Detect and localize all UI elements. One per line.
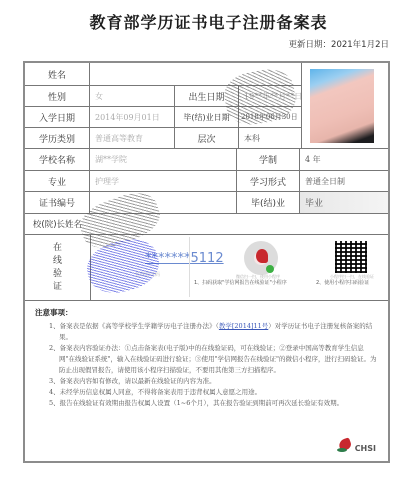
wechat-icon — [266, 265, 274, 273]
registration-table: 姓名 性别 女 出生日期 19**年**月**日 入学日期 2014年09月01… — [23, 61, 390, 463]
major-label: 专业 — [25, 171, 90, 192]
level-value: 本科 — [239, 128, 302, 149]
chsi-logo-text: CHSI — [355, 444, 376, 453]
chsi-logo: CHSI — [337, 439, 376, 453]
regulation-link[interactable]: 教学[2014]11号 — [219, 322, 268, 330]
edu-type-value: 普通高等教育 — [90, 128, 175, 149]
online-verify-row: 在 线 验 证 *******5112 在线验证码 微信扫一扫，使用小程序 小程… — [25, 235, 388, 301]
verify-char: 在 — [53, 242, 62, 255]
note-item: 4、未经学历信息权属人同意，不得将备案表用于违背权属人意愿之用途。 — [37, 387, 378, 398]
notes-section: 注意事项： 1、备案表是依据《高等学校学生学籍学历电子注册办法》（教学[2014… — [25, 301, 388, 415]
student-photo — [310, 69, 374, 143]
duration-value: 4 年 — [300, 149, 388, 171]
note-item: 3、备案表内容如有修改，请以最新在线验证的内容为准。 — [37, 376, 378, 387]
qr-code-area: 微信扫一扫，使用小程序 小程序扫一扫，在线验证 1、扫码获取"学信网报告在线验证… — [189, 237, 388, 297]
verify-qr-code-icon[interactable] — [335, 241, 367, 273]
qr1-caption: 1、扫码获取"学信网报告在线验证"小程序 — [194, 279, 287, 286]
verify-char: 验 — [53, 268, 62, 281]
note-text: 1、备案表是依据《高等学校学生学籍学历电子注册办法》（ — [49, 322, 219, 330]
edu-type-label: 学历类别 — [25, 128, 90, 149]
school-label: 学校名称 — [25, 149, 90, 171]
completion-label: 毕(结)业 — [237, 192, 300, 214]
study-form-value: 普通全日制 — [300, 171, 388, 192]
duration-label: 学制 — [237, 149, 300, 171]
enroll-date-value: 2014年09月01日 — [90, 107, 175, 128]
note-item: 1、备案表是依据《高等学校学生学籍学历电子注册办法》（教学[2014]11号）对… — [37, 321, 378, 343]
verify-char: 线 — [53, 255, 62, 268]
level-label: 层次 — [175, 128, 239, 149]
gender-label: 性别 — [25, 86, 90, 107]
notes-title: 注意事项： — [35, 307, 378, 318]
gender-value: 女 — [90, 86, 175, 107]
major-value: 护理学 — [90, 171, 237, 192]
photo-cell — [302, 63, 388, 149]
update-date: 更新日期：2021年1月2日 — [289, 38, 389, 50]
qr2-caption: 2、使用小程序扫码验证 — [316, 279, 369, 286]
document-title: 教育部学历证书电子注册备案表 — [0, 10, 417, 33]
note-item: 5、报告在线验证有效期由报告权属人设置（1~6个月），其在报告验证到期前可再次延… — [37, 398, 378, 409]
name-label: 姓名 — [25, 63, 90, 86]
completion-value: 毕业 — [300, 192, 388, 214]
cert-no-label: 证书编号 — [25, 192, 90, 214]
enroll-date-label: 入学日期 — [25, 107, 90, 128]
verify-char: 证 — [53, 281, 62, 294]
chsi-logo-icon — [337, 439, 353, 453]
online-verify-label: 在 线 验 证 — [25, 235, 91, 300]
school-value: 湖**学院 — [90, 149, 237, 171]
study-form-label: 学习形式 — [237, 171, 300, 192]
note-item: 2、备案表内容验证办法：①点击备案表(电子版)中的在线验证码，可在线验证；②登录… — [37, 343, 378, 376]
